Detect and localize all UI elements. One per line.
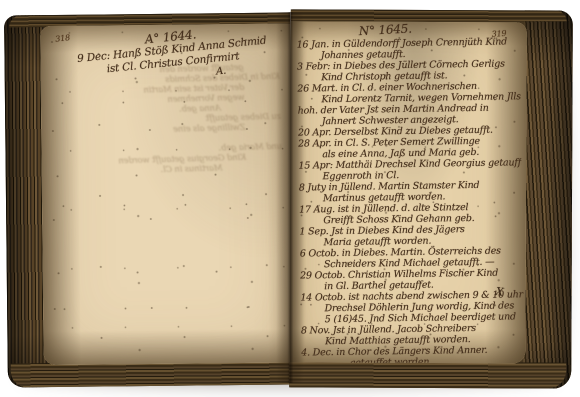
right-year-heading: N° 1645.: [358, 22, 412, 39]
right-page-stack-edge: [523, 10, 573, 388]
right-top-page-edge: [291, 9, 567, 21]
register-entries: 16 Jan. in Güldendorff Joseph Crennjüth …: [297, 36, 525, 363]
right-page-block: 319 N° 1645. 16 Jan. in Güldendorff Jose…: [289, 9, 573, 388]
left-page: 318 A° 1644. 9 Dec: Hanß Stöß Kind Anna …: [40, 24, 294, 366]
left-page-block: 318 A° 1644. 9 Dec: Hanß Stöß Kind Anna …: [4, 13, 294, 388]
manuscript-photo-scene: 318 A° 1644. 9 Dec: Hanß Stöß Kind Anna …: [0, 0, 580, 397]
right-bottom-page-edge: [289, 361, 566, 388]
ink-bleedthrough-text: getaufft worden denKind in Diebes des Sc…: [64, 62, 283, 178]
right-page: 319 N° 1645. 16 Jan. in Güldendorff Jose…: [289, 21, 526, 363]
